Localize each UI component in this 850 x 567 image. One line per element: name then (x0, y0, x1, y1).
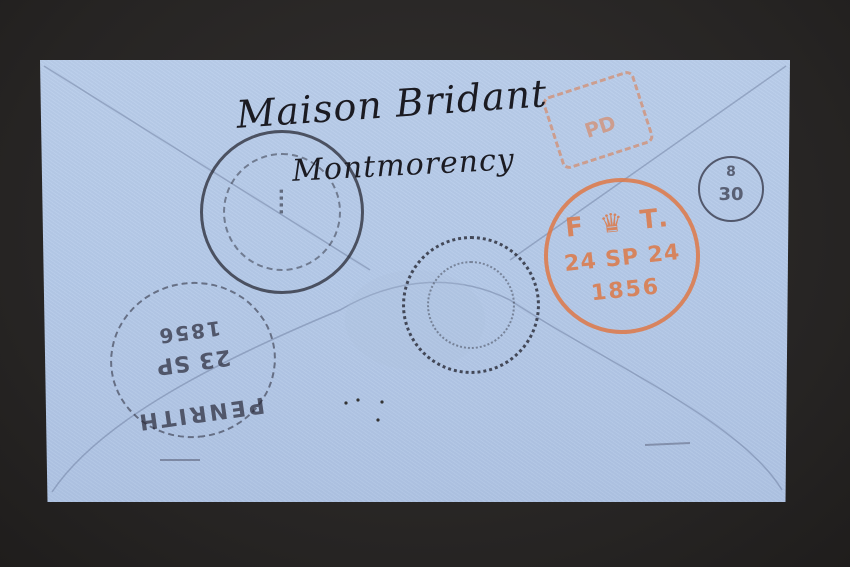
small-postmark-number: 30 (700, 184, 762, 205)
black-postmark-left-text: ···· (272, 123, 293, 281)
red-postmark-header: F ♛ T. (543, 201, 693, 246)
red-box-postmark-text: PD (554, 101, 647, 152)
black-postmark-center (402, 236, 540, 374)
small-black-postmark: 8 30 (698, 156, 764, 222)
envelope-back: ···· PENRITH 23 SP 1856 PD F ♛ T. 24 SP … (40, 60, 790, 502)
small-postmark-top: 8 (700, 164, 762, 180)
